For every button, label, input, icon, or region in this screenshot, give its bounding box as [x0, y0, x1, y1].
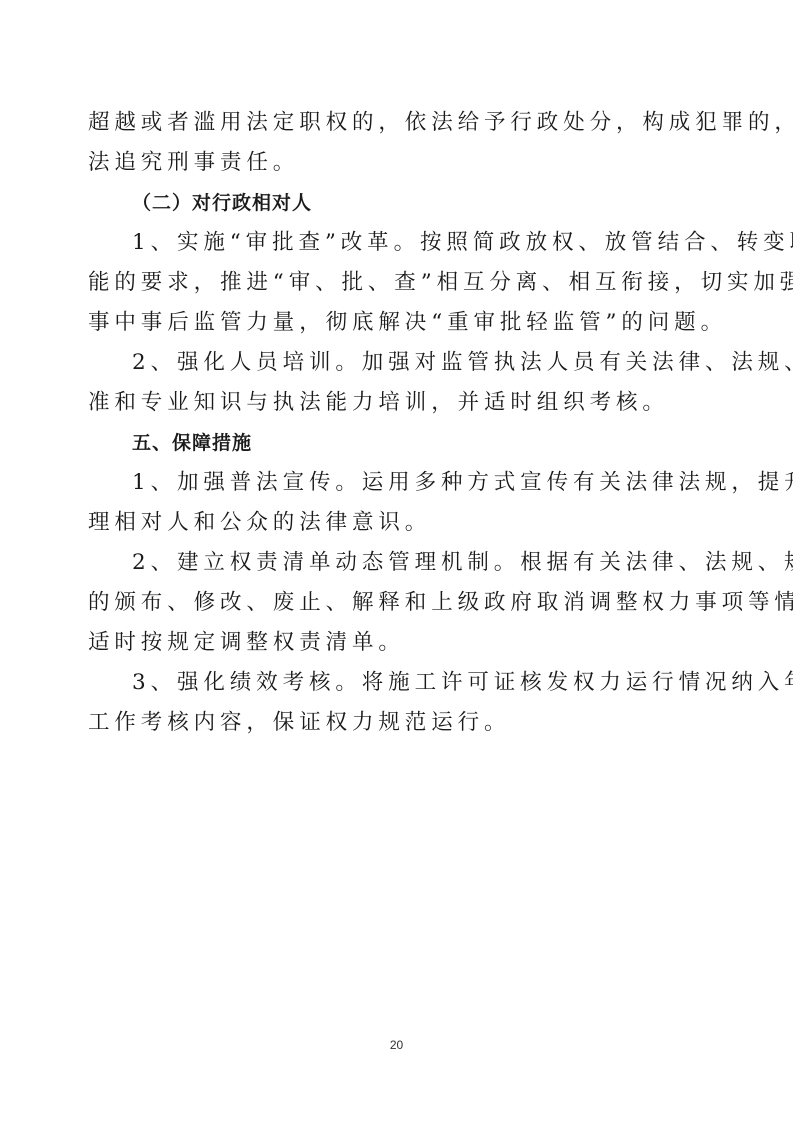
paragraph-line: 1、加强普法宣传。运用多种方式宣传有关法律法规，提升管	[88, 463, 708, 503]
paragraph-line: 2、建立权责清单动态管理机制。根据有关法律、法规、规章	[88, 543, 708, 583]
paragraph-line: 3、强化绩效考核。将施工许可证核发权力运行情况纳入年度	[88, 663, 708, 703]
page-number: 20	[0, 1038, 793, 1052]
paragraph-line: 超越或者滥用法定职权的，依法给予行政处分，构成犯罪的，依	[88, 103, 708, 143]
paragraph-line: 适时按规定调整权责清单。	[88, 623, 708, 663]
paragraph-line: 理相对人和公众的法律意识。	[88, 503, 708, 543]
document-body: 超越或者滥用法定职权的，依法给予行政处分，构成犯罪的，依 法追究刑事责任。 （二…	[88, 103, 708, 743]
paragraph-line: 1、实施“审批查”改革。按照简政放权、放管结合、转变职	[88, 223, 708, 263]
section-heading-administrative-counterpart: （二）对行政相对人	[88, 183, 708, 223]
paragraph-line: 的颁布、修改、废止、解释和上级政府取消调整权力事项等情况，	[88, 583, 708, 623]
paragraph-line: 工作考核内容，保证权力规范运行。	[88, 703, 708, 743]
section-heading-safeguard-measures: 五、保障措施	[88, 423, 708, 463]
paragraph-line: 准和专业知识与执法能力培训，并适时组织考核。	[88, 383, 708, 423]
paragraph-line: 2、强化人员培训。加强对监管执法人员有关法律、法规、标	[88, 343, 708, 383]
paragraph-line: 能的要求，推进“审、批、查”相互分离、相互衔接，切实加强	[88, 263, 708, 303]
paragraph-line: 事中事后监管力量，彻底解决“重审批轻监管”的问题。	[88, 303, 708, 343]
paragraph-line: 法追究刑事责任。	[88, 143, 708, 183]
